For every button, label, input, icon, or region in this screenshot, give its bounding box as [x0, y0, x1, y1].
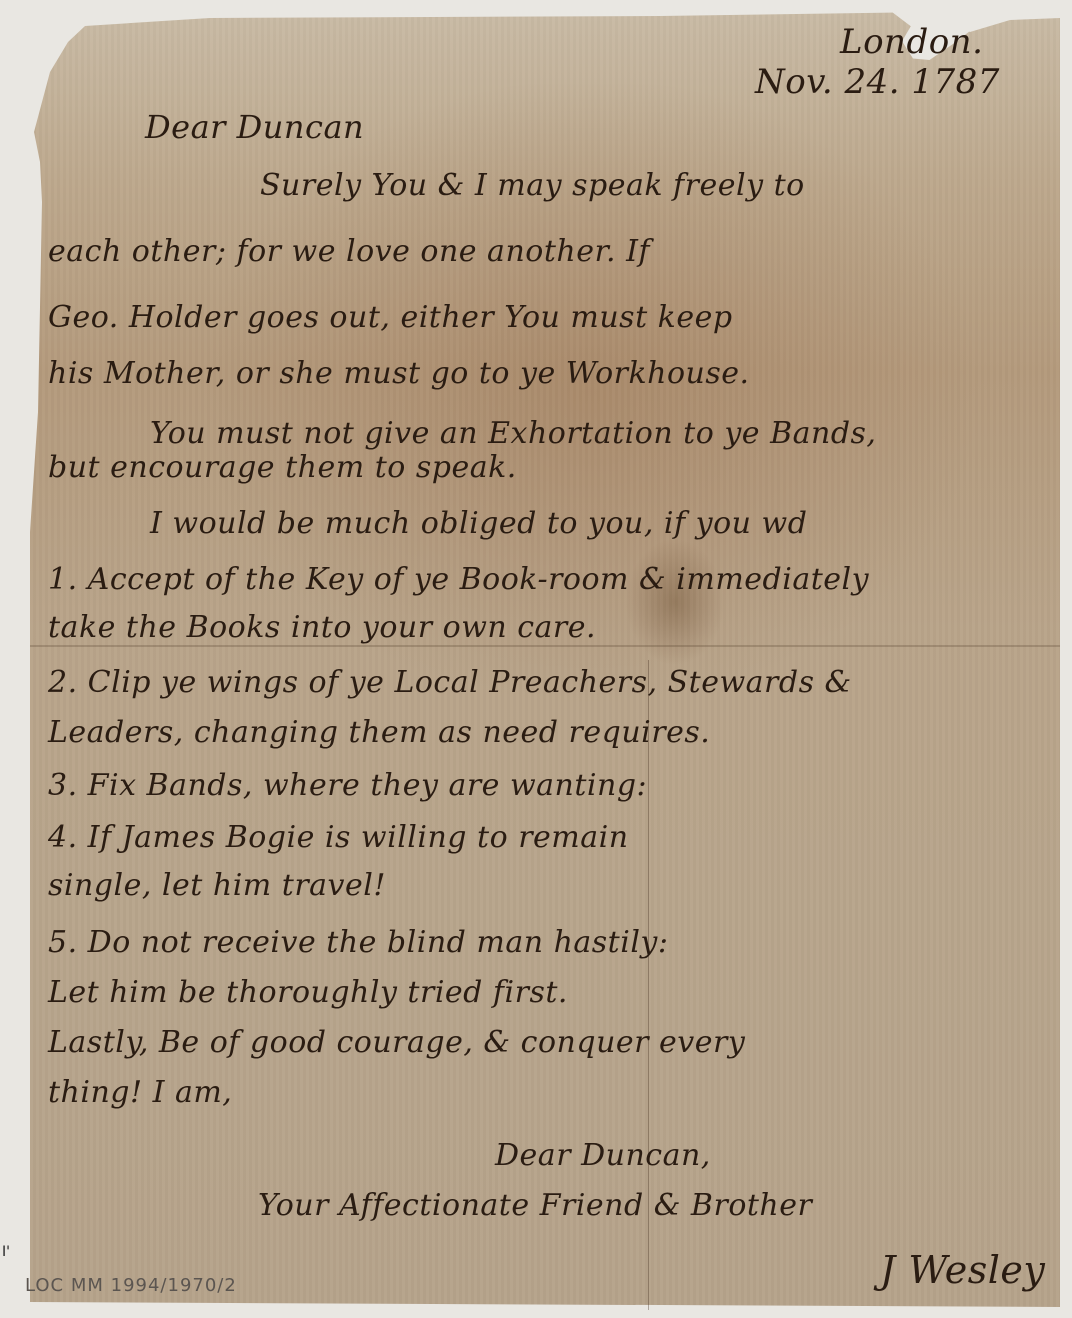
closing-salutation: Dear Duncan,	[495, 1138, 711, 1173]
body-line: Lastly, Be of good courage, & conquer ev…	[48, 1025, 745, 1060]
letter-place: London.	[840, 22, 983, 62]
body-line: thing! I am,	[48, 1075, 232, 1110]
edge-mark: I'	[2, 1244, 10, 1260]
body-line: each other; for we love one another. If	[48, 234, 650, 269]
body-line: 5. Do not receive the blind man hastily:	[48, 925, 668, 960]
body-line: Surely You & I may speak freely to	[260, 168, 805, 203]
body-line: Let him be thoroughly tried first.	[48, 975, 568, 1010]
letter-paper	[30, 12, 1060, 1307]
body-line: 2. Clip ye wings of ye Local Preachers, …	[48, 665, 852, 700]
body-line: his Mother, or she must go to ye Workhou…	[48, 356, 750, 391]
body-line: 1. Accept of the Key of ye Book-room & i…	[48, 562, 869, 597]
closing-line: Your Affectionate Friend & Brother	[258, 1188, 812, 1223]
archive-catalog-number: LOC MM 1994/1970/2	[25, 1275, 237, 1296]
horizontal-fold-line	[30, 645, 1060, 647]
body-line: 4. If James Bogie is willing to remain	[48, 820, 629, 855]
body-line: single, let him travel!	[48, 868, 386, 903]
letter-salutation: Dear Duncan	[145, 108, 364, 146]
signature: J Wesley	[880, 1248, 1045, 1292]
body-line: 3. Fix Bands, where they are wanting:	[48, 768, 647, 803]
body-line: take the Books into your own care.	[48, 610, 596, 645]
body-line: but encourage them to speak.	[48, 450, 517, 485]
body-line: You must not give an Exhortation to ye B…	[150, 416, 876, 451]
letter-date: Nov. 24. 1787	[755, 62, 1000, 102]
body-line: Leaders, changing them as need requires.	[48, 715, 710, 750]
body-line: I would be much obliged to you, if you w…	[150, 506, 807, 541]
body-line: Geo. Holder goes out, either You must ke…	[48, 300, 733, 335]
